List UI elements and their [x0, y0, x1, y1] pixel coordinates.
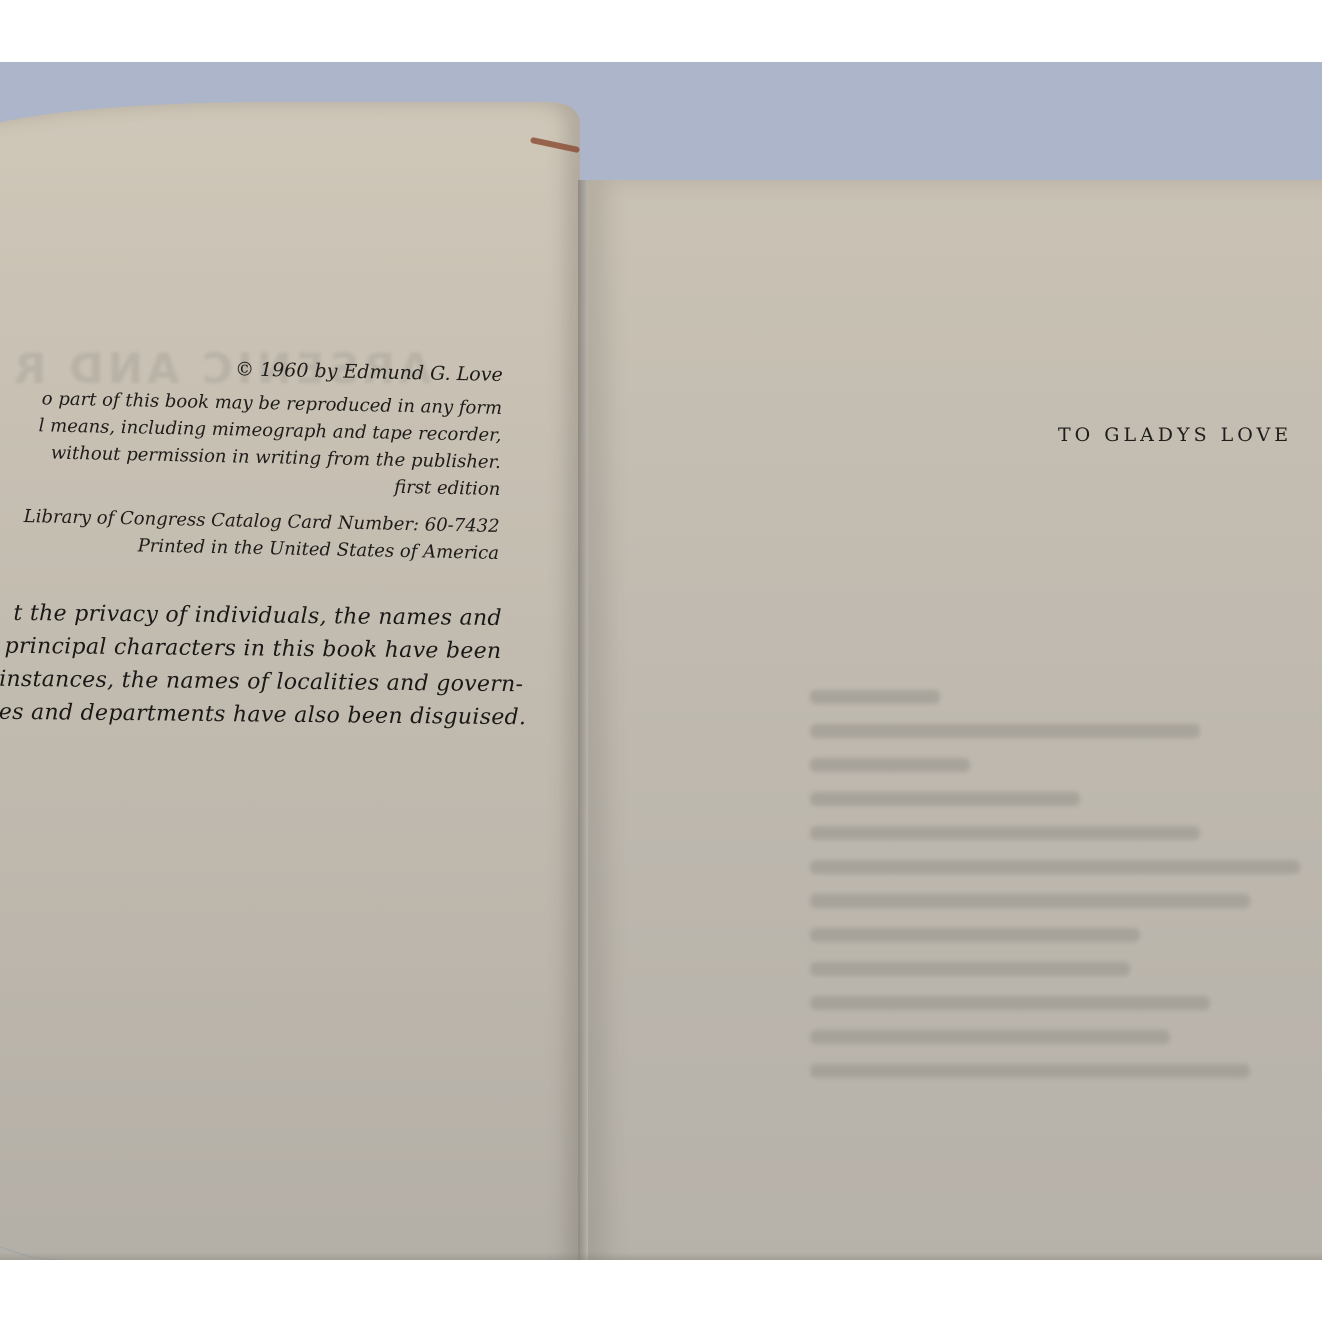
disclaimer-line-1: t the privacy of individuals, the names …: [0, 597, 502, 635]
disclaimer-line-2: principal characters in this book have b…: [0, 630, 502, 668]
copyright-block: © 1960 by Edmund G. Love o part of this …: [0, 351, 503, 566]
book-photo: ARSENIC AND R © 1960 by Edmund G. Love o…: [0, 62, 1322, 1260]
disclaimer-line-3: instances, the names of localities and g…: [0, 663, 501, 701]
dedication: TO GLADYS LOVE: [1058, 424, 1292, 446]
disclaimer-line-4: es and departments have also been disgui…: [0, 696, 501, 734]
show-through-toc: [810, 690, 1310, 1098]
bottom-shadow: [0, 1252, 1322, 1260]
disclaimer-block: t the privacy of individuals, the names …: [0, 597, 502, 734]
